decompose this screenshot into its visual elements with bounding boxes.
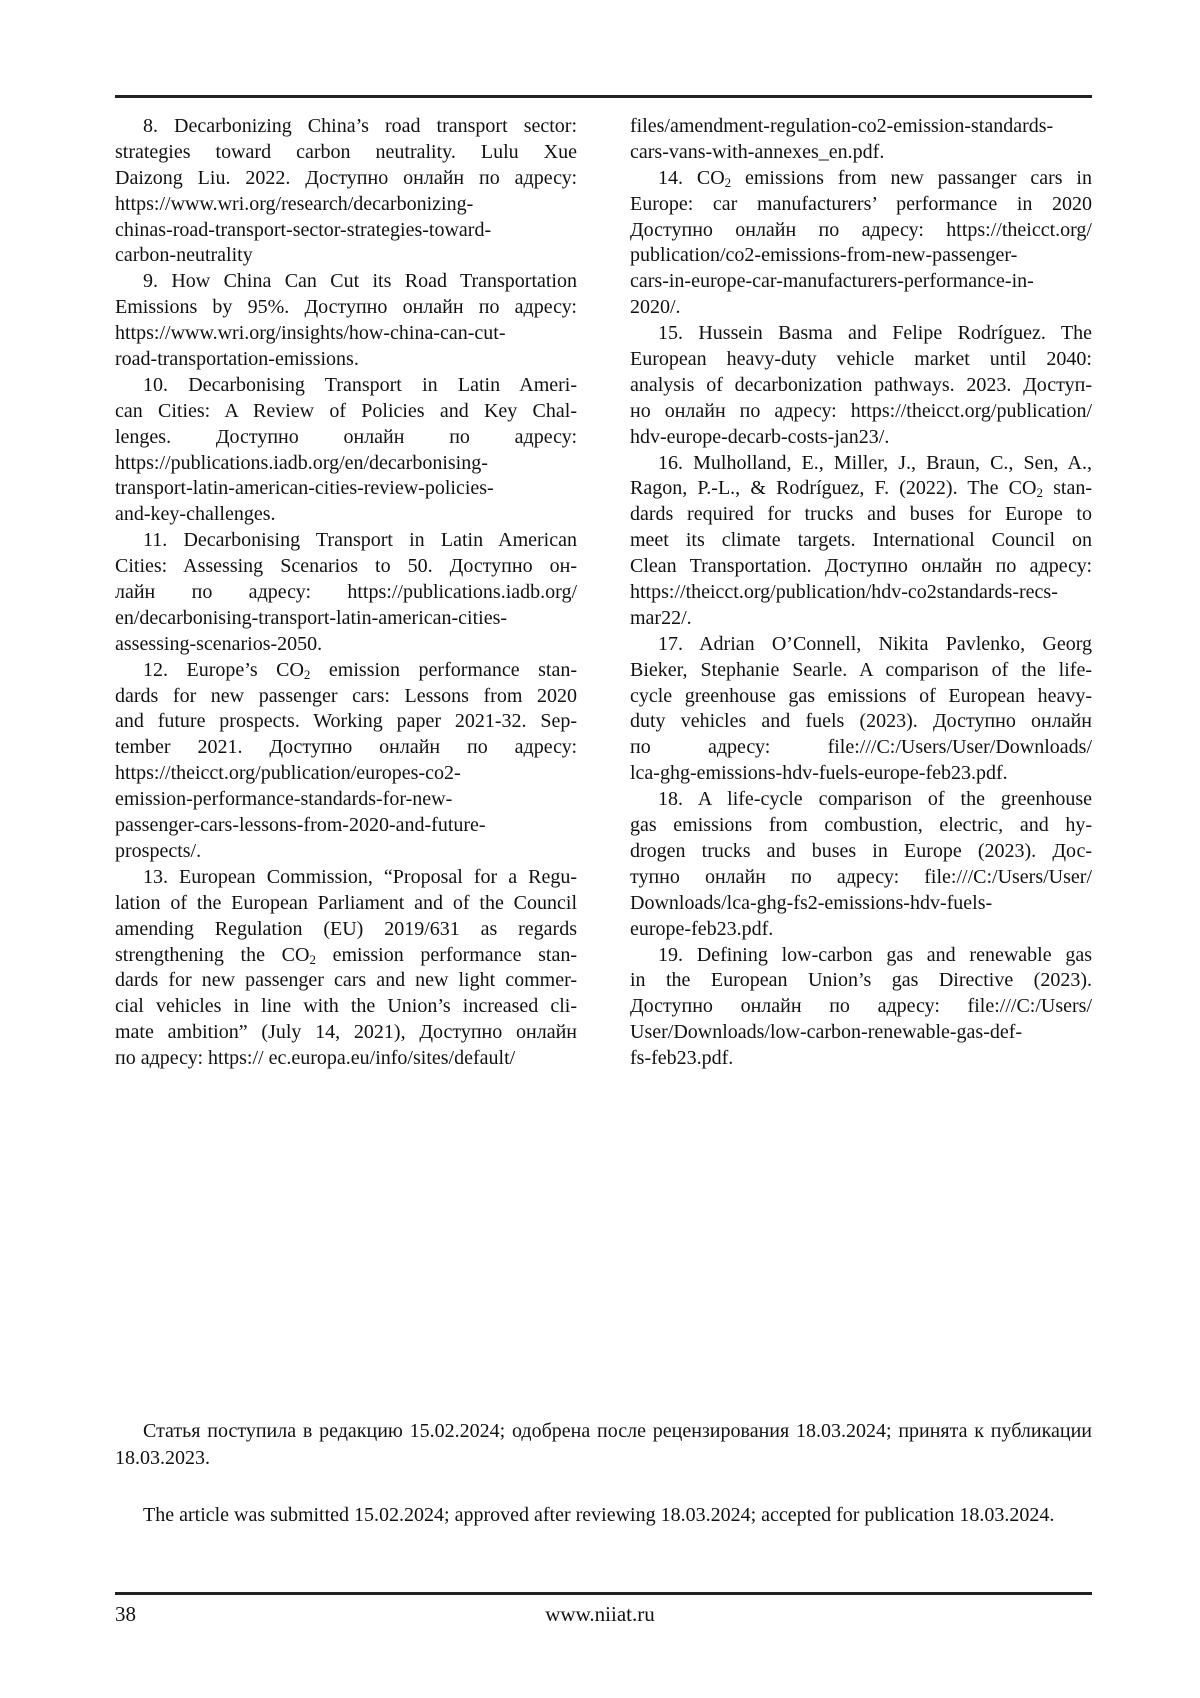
reference-line: amending Regulation (EU) 2019/631 as reg…	[115, 917, 577, 943]
reference-line: cycle greenhouse gas emissions of Europe…	[630, 684, 1092, 710]
reference-line: dards for new passenger cars and new lig…	[115, 968, 577, 994]
reference-line: Daizong Liu. 2022. Доступно онлайн по ад…	[115, 166, 577, 192]
reference-ref-11: 11. Decarbonising Transport in Latin Ame…	[115, 528, 577, 657]
submission-text-en: The article was submitted 15.02.2024; ap…	[115, 1502, 1092, 1529]
reference-ref-10: 10. Decarbonising Transport in Latin Ame…	[115, 373, 577, 528]
reference-line: and future prospects. Working paper 2021…	[115, 709, 577, 735]
reference-ref-12: 12. Europe’s CO2 emission performance st…	[115, 658, 577, 865]
reference-line: europe-feb23.pdf.	[630, 917, 1092, 943]
reference-ref-13: 13. European Commission, “Proposal for a…	[115, 865, 577, 1072]
reference-line: Cities: Assessing Scenarios to 50. Досту…	[115, 554, 577, 580]
reference-ref-19: 19. Defining low-carbon gas and renewabl…	[630, 943, 1092, 1072]
reference-line: tember 2021. Доступно онлайн по адресу:	[115, 735, 577, 761]
reference-line: 2020/.	[630, 295, 1092, 321]
reference-line: assessing-scenarios-2050.	[115, 632, 577, 658]
reference-line: drogen trucks and buses in Europe (2023)…	[630, 839, 1092, 865]
reference-line: mar22/.	[630, 606, 1092, 632]
reference-line: emission-performance-standards-for-new-	[115, 787, 577, 813]
reference-line: по адресу: https:// ec.europa.eu/info/si…	[115, 1046, 577, 1072]
reference-line: lca-ghg-emissions-hdv-fuels-europe-feb23…	[630, 761, 1092, 787]
reference-line: 8. Decarbonizing China’s road transport …	[115, 114, 577, 140]
reference-ref-13-cont: files/amendment-regulation-co2-emission-…	[630, 114, 1092, 166]
submission-text-ru: Статья поступила в редакцию 15.02.2024; …	[115, 1418, 1092, 1472]
reference-ref-17: 17. Adrian O’Connell, Nikita Pavlenko, G…	[630, 632, 1092, 787]
reference-line: https://theicct.org/publication/europes-…	[115, 761, 577, 787]
reference-line: can Cities: A Review of Policies and Key…	[115, 399, 577, 425]
reference-ref-8: 8. Decarbonizing China’s road transport …	[115, 114, 577, 269]
reference-line: files/amendment-regulation-co2-emission-…	[630, 114, 1092, 140]
reference-line: strengthening the CO2 emission performan…	[115, 943, 577, 969]
reference-line: https://theicct.org/publication/hdv-co2s…	[630, 580, 1092, 606]
reference-line: cars-vans-with-annexes_en.pdf.	[630, 140, 1092, 166]
reference-line: cial vehicles in line with the Union’s i…	[115, 994, 577, 1020]
reference-line: User/Downloads/low-carbon-renewable-gas-…	[630, 1020, 1092, 1046]
header-rule	[115, 95, 1092, 98]
reference-line: 15. Hussein Basma and Felipe Rodríguez. …	[630, 321, 1092, 347]
reference-line: Ragon, P.-L., & Rodríguez, F. (2022). Th…	[630, 476, 1092, 502]
reference-line: hdv-europe-decarb-costs-jan23/.	[630, 425, 1092, 451]
reference-line: carbon-neutrality	[115, 243, 577, 269]
reference-ref-9: 9. How China Can Cut its Road Transporta…	[115, 269, 577, 373]
reference-line: strategies toward carbon neutrality. Lul…	[115, 140, 577, 166]
reference-line: https://www.wri.org/research/decarbonizi…	[115, 192, 577, 218]
reference-line: publication/co2-emissions-from-new-passe…	[630, 243, 1092, 269]
reference-line: Доступно онлайн по адресу: https://theic…	[630, 218, 1092, 244]
reference-line: но онлайн по адресу: https://theicct.org…	[630, 399, 1092, 425]
reference-line: analysis of decarbonization pathways. 20…	[630, 373, 1092, 399]
reference-line: mate ambition” (July 14, 2021), Доступно…	[115, 1020, 577, 1046]
reference-line: Europe: car manufacturers’ performance i…	[630, 192, 1092, 218]
reference-line: 11. Decarbonising Transport in Latin Ame…	[115, 528, 577, 554]
reference-line: European heavy-duty vehicle market until…	[630, 347, 1092, 373]
reference-line: https://publications.iadb.org/en/decarbo…	[115, 451, 577, 477]
submission-dates-en: The article was submitted 15.02.2024; ap…	[115, 1502, 1092, 1529]
reference-line: transport-latin-american-cities-review-p…	[115, 476, 577, 502]
reference-line: passenger-cars-lessons-from-2020-and-fut…	[115, 813, 577, 839]
reference-line: тупно онлайн по адресу: file:///C:/Users…	[630, 865, 1092, 891]
reference-line: road-transportation-emissions.	[115, 347, 577, 373]
reference-ref-18: 18. A life-cycle comparison of the green…	[630, 787, 1092, 942]
reference-line: 18. A life-cycle comparison of the green…	[630, 787, 1092, 813]
reference-line: 10. Decarbonising Transport in Latin Ame…	[115, 373, 577, 399]
reference-line: duty vehicles and fuels (2023). Доступно…	[630, 709, 1092, 735]
reference-line: dards for new passenger cars: Lessons fr…	[115, 684, 577, 710]
reference-ref-16: 16. Mulholland, E., Miller, J., Braun, C…	[630, 451, 1092, 632]
reference-line: 12. Europe’s CO2 emission performance st…	[115, 658, 577, 684]
reference-line: fs-feb23.pdf.	[630, 1046, 1092, 1072]
reference-line: 19. Defining low-carbon gas and renewabl…	[630, 943, 1092, 969]
reference-line: cars-in-europe-car-manufacturers-perform…	[630, 269, 1092, 295]
reference-line: Доступно онлайн по адресу: file:///C:/Us…	[630, 994, 1092, 1020]
reference-line: lenges. Доступно онлайн по адресу:	[115, 425, 577, 451]
reference-line: Emissions by 95%. Доступно онлайн по адр…	[115, 295, 577, 321]
references-column-right: files/amendment-regulation-co2-emission-…	[630, 114, 1092, 1072]
reference-line: en/decarbonising-transport-latin-america…	[115, 606, 577, 632]
reference-ref-14: 14. CO2 emissions from new passanger car…	[630, 166, 1092, 321]
footer-url: www.niiat.ru	[0, 1602, 1200, 1627]
reference-line: dards required for trucks and buses for …	[630, 502, 1092, 528]
reference-line: https://www.wri.org/insights/how-china-c…	[115, 321, 577, 347]
reference-line: 14. CO2 emissions from new passanger car…	[630, 166, 1092, 192]
reference-line: in the European Union’s gas Directive (2…	[630, 968, 1092, 994]
reference-line: 9. How China Can Cut its Road Transporta…	[115, 269, 577, 295]
reference-line: gas emissions from combustion, electric,…	[630, 813, 1092, 839]
reference-line: chinas-road-transport-sector-strategies-…	[115, 218, 577, 244]
footer-rule	[115, 1592, 1092, 1595]
reference-line: meet its climate targets. International …	[630, 528, 1092, 554]
reference-line: 17. Adrian O’Connell, Nikita Pavlenko, G…	[630, 632, 1092, 658]
submission-dates-ru: Статья поступила в редакцию 15.02.2024; …	[115, 1418, 1092, 1472]
reference-line: по адресу: file:///C:/Users/User/Downloa…	[630, 735, 1092, 761]
reference-ref-15: 15. Hussein Basma and Felipe Rodríguez. …	[630, 321, 1092, 450]
reference-line: prospects/.	[115, 839, 577, 865]
reference-line: Bieker, Stephanie Searle. A comparison o…	[630, 658, 1092, 684]
references-column-left: 8. Decarbonizing China’s road transport …	[115, 114, 577, 1072]
reference-line: lation of the European Parliament and of…	[115, 891, 577, 917]
reference-line: Clean Transportation. Доступно онлайн по…	[630, 554, 1092, 580]
reference-line: and-key-challenges.	[115, 502, 577, 528]
reference-line: лайн по адресу: https://publications.iad…	[115, 580, 577, 606]
reference-line: 13. European Commission, “Proposal for a…	[115, 865, 577, 891]
reference-line: 16. Mulholland, E., Miller, J., Braun, C…	[630, 451, 1092, 477]
reference-line: Downloads/lca-ghg-fs2-emissions-hdv-fuel…	[630, 891, 1092, 917]
